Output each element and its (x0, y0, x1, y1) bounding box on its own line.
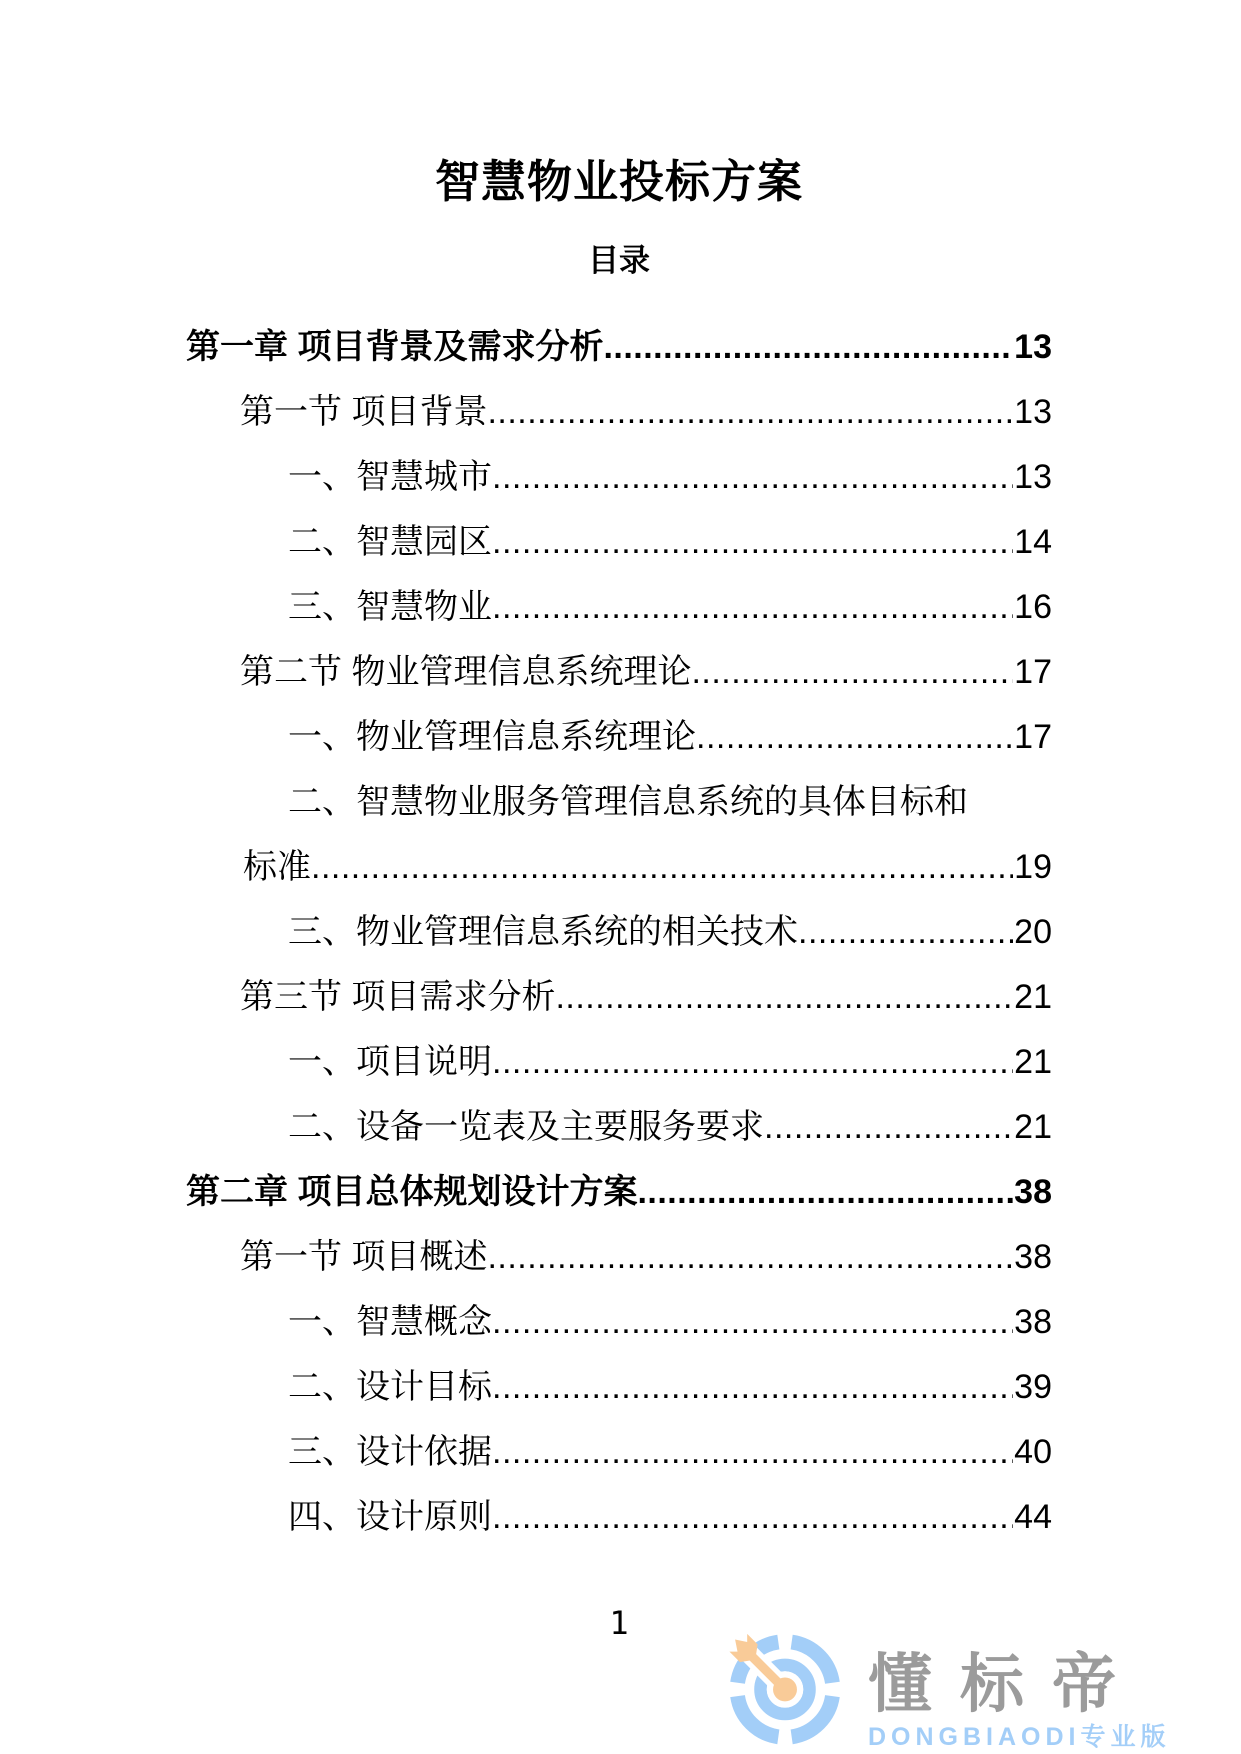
toc-entry[interactable]: 第一章 项目背景及需求分析...........................… (186, 315, 1052, 380)
toc-entry-number: 一、 (288, 445, 356, 510)
toc-page-number: 21 (1014, 1030, 1052, 1095)
toc-leader-dots: ........................................… (637, 1160, 1013, 1225)
document-title: 智慧物业投标方案 (186, 150, 1052, 214)
toc-page-number: 38 (1014, 1225, 1052, 1290)
toc-entry[interactable]: 第一节 项目背景................................… (186, 380, 1052, 445)
toc-leader-dots: ........................................… (492, 1355, 1013, 1420)
toc-entry-label: 设计原则 (356, 1485, 492, 1550)
toc-leader-dots: ........................................… (603, 315, 1013, 380)
toc-entry-label: 第二节 物业管理信息系统理论 (240, 640, 691, 705)
toc-page-number: 17 (1014, 640, 1052, 705)
toc-entry[interactable]: 三、设计依据..................................… (186, 1420, 1052, 1485)
toc-entry-label: 设备一览表及主要服务要求 (356, 1095, 764, 1160)
toc-entry-number: 二、 (288, 1095, 356, 1160)
toc-leader-dots: ........................................… (311, 835, 1013, 900)
toc-entry-label: 第二章 项目总体规划设计方案 (186, 1160, 637, 1225)
toc-entry-label: 设计目标 (356, 1355, 492, 1420)
toc-list: 第一章 项目背景及需求分析...........................… (186, 315, 1052, 1550)
toc-leader-dots: ........................................… (492, 575, 1013, 640)
toc-leader-dots: ........................................… (487, 1225, 1013, 1290)
toc-page-number: 44 (1014, 1485, 1052, 1550)
toc-page-number: 19 (1014, 835, 1052, 900)
toc-entry-label: 物业管理信息系统的相关技术 (356, 900, 798, 965)
toc-entry-number: 四、 (288, 1485, 356, 1550)
toc-entry[interactable]: 第二章 项目总体规划设计方案..........................… (186, 1160, 1052, 1225)
toc-page-number: 13 (1014, 445, 1052, 510)
toc-leader-dots: ........................................… (492, 445, 1013, 510)
toc-entry-number: 一、 (288, 1030, 356, 1095)
toc-entry[interactable]: 一、智慧城市..................................… (186, 445, 1052, 510)
toc-entry-number: 二、 (288, 1355, 356, 1420)
toc-page-number: 14 (1014, 510, 1052, 575)
document-page: 智慧物业投标方案 目录 第一章 项目背景及需求分析...............… (0, 0, 1241, 1754)
toc-page-number: 39 (1014, 1355, 1052, 1420)
toc-entry[interactable]: 三、物业管理信息系统的相关技术.........................… (186, 900, 1052, 965)
toc-entry-label: 智慧城市 (356, 445, 492, 510)
toc-entry-label: 设计依据 (356, 1420, 492, 1485)
watermark: 懂标帝 DONGBIAODI专业版 (728, 1632, 1171, 1754)
toc-leader-dots: ........................................… (492, 510, 1013, 575)
toc-leader-dots: ........................................… (492, 1420, 1013, 1485)
toc-leader-dots: ........................................… (764, 1095, 1013, 1160)
toc-entry-number: 三、 (288, 575, 356, 640)
toc-entry[interactable]: 标准......................................… (186, 835, 1052, 900)
toc-heading: 目录 (186, 242, 1052, 280)
toc-entry-number: 二、 (288, 510, 356, 575)
toc-leader-dots: ........................................… (555, 965, 1013, 1030)
toc-entry[interactable]: 一、项目说明..................................… (186, 1030, 1052, 1095)
toc-entry[interactable]: 第三节 项目需求分析..............................… (186, 965, 1052, 1030)
toc-leader-dots: ........................................… (691, 640, 1013, 705)
toc-entry[interactable]: 一、物业管理信息系统理论............................… (186, 705, 1052, 770)
toc-page-content: 智慧物业投标方案 目录 第一章 项目背景及需求分析...............… (186, 0, 1052, 1550)
toc-leader-dots: ........................................… (492, 1290, 1013, 1355)
toc-entry[interactable]: 第一节 项目概述................................… (186, 1225, 1052, 1290)
toc-entry[interactable]: 四、设计原则..................................… (186, 1485, 1052, 1550)
toc-entry-number: 二、 (288, 770, 356, 835)
toc-entry[interactable]: 二、智慧园区..................................… (186, 510, 1052, 575)
toc-page-number: 40 (1014, 1420, 1052, 1485)
toc-entry-number: 一、 (288, 705, 356, 770)
toc-entry-number: 三、 (288, 900, 356, 965)
toc-entry[interactable]: 一、智慧概念..................................… (186, 1290, 1052, 1355)
watermark-subtext: DONGBIAODI专业版 (868, 1724, 1171, 1750)
toc-entry-label: 第一节 项目背景 (240, 380, 487, 445)
toc-entry[interactable]: 二、设备一览表及主要服务要求..........................… (186, 1095, 1052, 1160)
toc-entry-label: 智慧园区 (356, 510, 492, 575)
toc-page-number: 20 (1014, 900, 1052, 965)
toc-page-number: 16 (1014, 575, 1052, 640)
toc-entry-label: 智慧概念 (356, 1290, 492, 1355)
toc-page-number: 13 (1014, 315, 1052, 380)
dart-head (773, 1677, 797, 1701)
toc-page-number: 21 (1014, 965, 1052, 1030)
watermark-brand: 懂标帝 (868, 1652, 1171, 1716)
toc-page-number: 13 (1014, 380, 1052, 445)
toc-entry[interactable]: 二、设计目标..................................… (186, 1355, 1052, 1420)
toc-leader-dots: ........................................… (798, 900, 1013, 965)
toc-entry[interactable]: 二、智慧物业服务管理信息系统的具体目标和 (186, 770, 1052, 835)
toc-entry-label: 智慧物业 (356, 575, 492, 640)
toc-entry-number: 三、 (288, 1420, 356, 1485)
watermark-text: 懂标帝 DONGBIAODI专业版 (868, 1632, 1171, 1750)
toc-page-number: 38 (1014, 1160, 1052, 1225)
toc-entry-number: 一、 (288, 1290, 356, 1355)
toc-entry-label: 智慧物业服务管理信息系统的具体目标和 (356, 770, 968, 835)
toc-entry-label: 第三节 项目需求分析 (240, 965, 555, 1030)
toc-entry-label: 标准 (243, 835, 311, 900)
toc-leader-dots: ........................................… (696, 705, 1013, 770)
toc-entry-label: 项目说明 (356, 1030, 492, 1095)
toc-page-number: 17 (1014, 705, 1052, 770)
toc-entry-label: 第一节 项目概述 (240, 1225, 487, 1290)
toc-leader-dots: ........................................… (492, 1030, 1013, 1095)
toc-page-number: 38 (1014, 1290, 1052, 1355)
toc-entry[interactable]: 第二节 物业管理信息系统理论..........................… (186, 640, 1052, 705)
toc-entry-label: 第一章 项目背景及需求分析 (186, 315, 603, 380)
toc-page-number: 21 (1014, 1095, 1052, 1160)
toc-leader-dots: ........................................… (492, 1485, 1013, 1550)
toc-entry-label: 物业管理信息系统理论 (356, 705, 696, 770)
toc-entry[interactable]: 三、智慧物业..................................… (186, 575, 1052, 640)
target-dart-icon (728, 1632, 842, 1754)
toc-leader-dots: ........................................… (487, 380, 1013, 445)
